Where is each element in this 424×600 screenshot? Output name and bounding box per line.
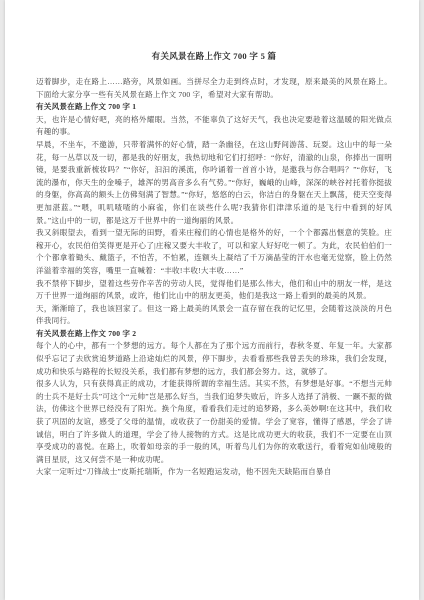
paragraph: 很多人认为，只有获得真正的成功，才能获得所谓的幸福生活。其实不然，有梦想是好事。…	[36, 378, 392, 466]
page-title: 有关风景在路上作文 700 字 5 篇	[36, 50, 392, 62]
paragraph: 天，也许是心情好吧，亮的格外耀眼。当然，不能辜负了这好天气，我也决定要趁着这温暖…	[36, 114, 392, 139]
paragraph: 我不禁停下脚步，望着这些劳作辛苦的劳动人民，觉得他们是那么伟大，他们和山中的朋友…	[36, 278, 392, 303]
document-body: 迈着脚步，走在路上……路旁，风景如画。当拼尽全力走到终点时，才发现，原来最美的风…	[36, 76, 392, 479]
paragraph: 我又斜眼望去，看到一望无际的田野，看来庄稼们的心情也是格外的好，一个个都露出惬意…	[36, 227, 392, 277]
paragraph: 天，渐渐暗了，我也该回家了。但这一路上最美的风景会一直存留在我的记忆里，会随着这…	[36, 303, 392, 328]
section-heading-2: 有关风景在路上作文 700 字 2	[36, 328, 392, 341]
section-heading-1: 有关风景在路上作文 700 字 1	[36, 101, 392, 114]
paragraph: 每个人的心中，都有一个梦想的远方。每个人都在为了那个远方而前行，春秋冬夏、年复一…	[36, 340, 392, 378]
document-page: 有关风景在路上作文 700 字 5 篇 迈着脚步，走在路上……路旁，风景如画。当…	[5, 0, 419, 600]
paragraph: 大家一定听过“刀锋战士”皮斯托瑞斯，作为一名短跑运发动，他不因先天缺陷而自暴自	[36, 466, 392, 479]
paragraph: 早晨，不坐车，不邀游，只带着满怀的好心情，踏一条幽径，在这山野间游荡、玩耍。这山…	[36, 139, 392, 227]
intro-paragraph: 迈着脚步，走在路上……路旁，风景如画。当拼尽全力走到终点时，才发现，原来最美的风…	[36, 76, 392, 101]
